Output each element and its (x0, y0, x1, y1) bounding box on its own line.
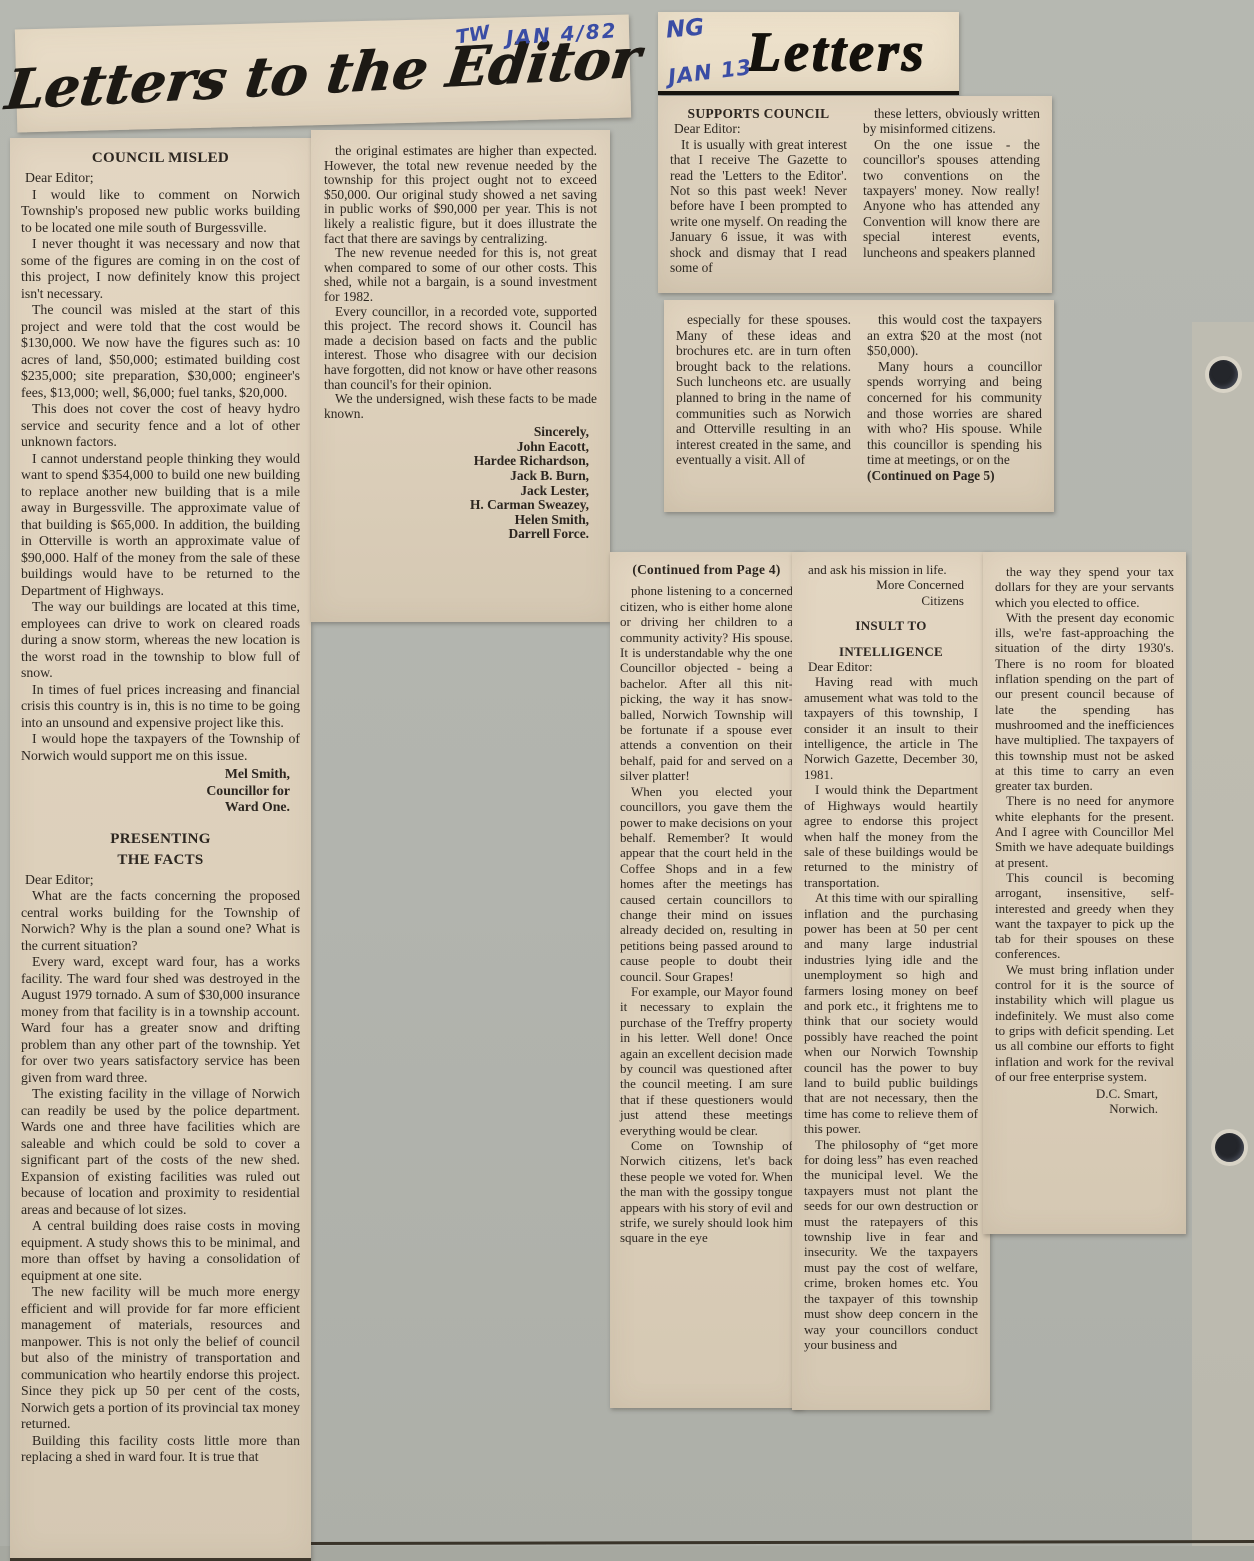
continued-header: (Continued from Page 4) (620, 562, 793, 577)
handwritten-initials: NG (665, 14, 705, 43)
paragraph: Building this facility costs little more… (21, 1433, 300, 1466)
paragraph: In times of fuel prices increasing and f… (21, 682, 300, 732)
paragraph: the way they spend your tax dollars for … (995, 564, 1174, 610)
paragraph: This council is becoming arrogant, insen… (995, 870, 1174, 962)
column-left: especially for these spouses. Many of th… (676, 312, 851, 500)
letter-title: THE FACTS (21, 851, 300, 869)
paragraph: We must bring inflation under control fo… (995, 962, 1174, 1084)
signature-line: H. Carman Sweazey, (324, 498, 589, 513)
column-left: SUPPORTS COUNCIL Dear Editor: It is usua… (670, 106, 847, 283)
salutation: Dear Editor; (21, 170, 300, 187)
letter-title: COUNCIL MISLED (21, 149, 300, 167)
paragraph: I cannot understand people thinking they… (21, 451, 300, 600)
letter-body: this would cost the taxpayers an extra $… (867, 312, 1042, 468)
letter-body: I would like to comment on Norwich Towns… (21, 187, 300, 765)
clipping-supports-council-2: especially for these spouses. Many of th… (664, 300, 1054, 512)
hole-punch-icon (1215, 1133, 1244, 1162)
letter-title: SUPPORTS COUNCIL (670, 106, 847, 121)
paragraph: A central building does raise costs in m… (21, 1218, 300, 1284)
paragraph: Every ward, except ward four, has a work… (21, 954, 300, 1086)
letter-body: It is usually with great interest that I… (670, 137, 847, 276)
signature-line: Councillor for (21, 783, 290, 800)
closing-line: and ask his mission in life. (804, 562, 978, 577)
letter-body: Having read with much amusement what was… (804, 674, 978, 1352)
paragraph: What are the facts concerning the propos… (21, 888, 300, 954)
signature-line: D.C. Smart, (995, 1086, 1158, 1101)
paragraph: especially for these spouses. Many of th… (676, 312, 851, 468)
letter-body: especially for these spouses. Many of th… (676, 312, 851, 468)
signature-line: Sincerely, (324, 425, 589, 440)
clipping-supports-council: SUPPORTS COUNCIL Dear Editor: It is usua… (658, 96, 1052, 293)
paragraph: We the undersigned, wish these facts to … (324, 392, 597, 421)
signature-block: Sincerely,John Eacott,Hardee Richardson,… (324, 425, 597, 542)
signature-block: More ConcernedCitizens (804, 577, 978, 608)
paragraph: I would think the Department of Highways… (804, 782, 978, 890)
paragraph: Having read with much amusement what was… (804, 674, 978, 782)
letter-title: PRESENTING (21, 830, 300, 848)
clipping-insult-letter-end: the way they spend your tax dollars for … (983, 552, 1186, 1234)
signature-line: Hardee Richardson, (324, 454, 589, 469)
paragraph: On the one issue - the councillor's spou… (863, 137, 1040, 260)
clipping-council-misled: COUNCIL MISLED Dear Editor; I would like… (10, 138, 311, 1561)
column-right: this would cost the taxpayers an extra $… (867, 312, 1042, 500)
clipping-continued-letter: (Continued from Page 4) phone listening … (610, 552, 803, 1408)
salutation: Dear Editor: (804, 659, 978, 674)
letter-body: What are the facts concerning the propos… (21, 888, 300, 1466)
paragraph: The way our buildings are located at thi… (21, 599, 300, 682)
paragraph: this would cost the taxpayers an extra $… (867, 312, 1042, 359)
letter-body: the original estimates are higher than e… (324, 144, 597, 421)
signature-line: Helen Smith, (324, 513, 589, 528)
signature-line: Jack B. Burn, (324, 469, 589, 484)
paragraph: For example, our Mayor found it necessar… (620, 984, 793, 1138)
clipping-insult-letter: and ask his mission in life. More Concer… (792, 552, 990, 1410)
paragraph: It is usually with great interest that I… (670, 137, 847, 276)
signature-line: More Concerned (804, 577, 964, 592)
paragraph: phone listening to a concerned citizen, … (620, 583, 793, 783)
letter-title: INTELLIGENCE (804, 644, 978, 659)
signature-line: Mel Smith, (21, 766, 290, 783)
paragraph: Many hours a councillor spends worrying … (867, 359, 1042, 468)
paragraph: The council was misled at the start of t… (21, 302, 300, 401)
continued-note: (Continued on Page 5) (867, 468, 1042, 484)
paragraph: Every councillor, in a recorded vote, su… (324, 305, 597, 393)
signature-line: Ward One. (21, 799, 290, 816)
letter-body: these letters, obviously written by misi… (863, 106, 1040, 260)
signature-line: Jack Lester, (324, 484, 589, 499)
paragraph: Come on Township of Norwich citizens, le… (620, 1138, 793, 1246)
signature-line: Norwich. (995, 1101, 1158, 1116)
paragraph: The new revenue needed for this is, not … (324, 246, 597, 304)
paragraph: With the present day economic ills, we'r… (995, 610, 1174, 794)
page-edge-line (308, 1540, 1254, 1545)
paragraph: the original estimates are higher than e… (324, 144, 597, 246)
paragraph: When you elected your councillors, you g… (620, 784, 793, 984)
signature-block: D.C. Smart,Norwich. (995, 1086, 1174, 1117)
paragraph: This does not cover the cost of heavy hy… (21, 401, 300, 451)
adjacent-page-edge (1192, 322, 1254, 1561)
paragraph: I would like to comment on Norwich Towns… (21, 187, 300, 237)
signature-line: John Eacott, (324, 440, 589, 455)
salutation: Dear Editor; (21, 872, 300, 889)
salutation: Dear Editor: (670, 121, 847, 136)
paragraph: The existing facility in the village of … (21, 1086, 300, 1218)
paragraph: these letters, obviously written by misi… (863, 106, 1040, 137)
paragraph: The new facility will be much more energ… (21, 1284, 300, 1433)
paragraph: I would hope the taxpayers of the Townsh… (21, 731, 300, 764)
paragraph: The philosophy of “get more for doing le… (804, 1137, 978, 1353)
paragraph: At this time with our spiralling inflati… (804, 890, 978, 1137)
letter-title: INSULT TO (804, 618, 978, 633)
signature-line: Darrell Force. (324, 527, 589, 542)
paragraph: I never thought it was necessary and now… (21, 236, 300, 302)
paragraph: There is no need for anymore white eleph… (995, 793, 1174, 869)
signature-line: Citizens (804, 593, 964, 608)
letter-body: the way they spend your tax dollars for … (995, 564, 1174, 1084)
clipping-facts-continuation: the original estimates are higher than e… (311, 130, 610, 622)
letter-body: phone listening to a concerned citizen, … (620, 583, 793, 1245)
column-right: these letters, obviously written by misi… (863, 106, 1040, 283)
hole-punch-icon (1209, 360, 1238, 389)
signature-block: Mel Smith,Councillor forWard One. (21, 766, 300, 816)
